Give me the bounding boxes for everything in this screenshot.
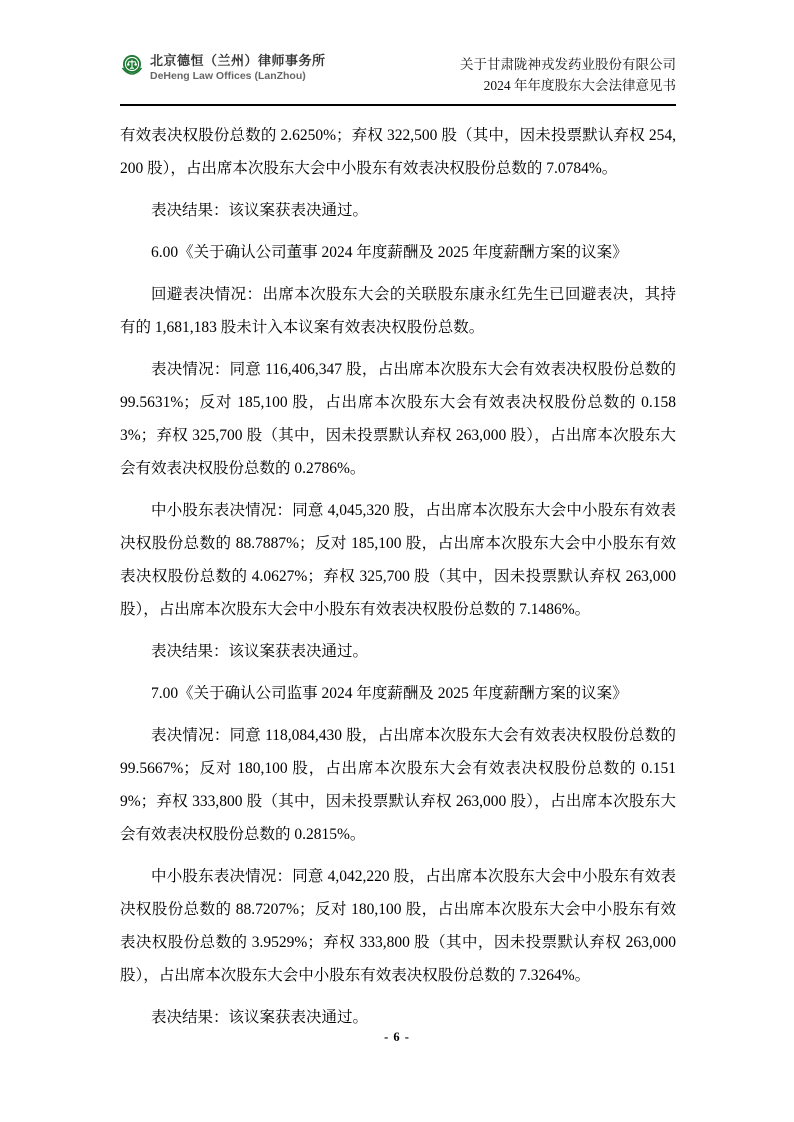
body-paragraph: 表决情况：同意 118,084,430 股，占出席本次股东大会有效表决权股份总数… [120, 719, 676, 851]
body-paragraph: 表决情况：同意 116,406,347 股，占出席本次股东大会有效表决权股份总数… [120, 353, 676, 485]
page-number: - 6 - [384, 1030, 410, 1044]
firm-name-block: 北京德恒（兰州）律师事务所 DeHeng Law Offices (LanZho… [150, 52, 326, 83]
firm-name-zh: 北京德恒（兰州）律师事务所 [150, 52, 326, 69]
document-title-line2: 2024 年年度股东大会法律意见书 [460, 75, 676, 96]
header-rule [120, 104, 676, 106]
body-paragraph: 表决结果：该议案获表决通过。 [120, 194, 676, 227]
proposal-heading-6: 6.00《关于确认公司董事 2024 年度薪酬及 2025 年度薪酬方案的议案》 [120, 236, 676, 269]
proposal-heading-7: 7.00《关于确认公司监事 2024 年度薪酬及 2025 年度薪酬方案的议案》 [120, 677, 676, 710]
document-title-line1: 关于甘肃陇神戎发药业股份有限公司 [460, 54, 676, 75]
body-paragraph: 表决结果：该议案获表决通过。 [120, 635, 676, 668]
body-paragraph: 回避表决情况：出席本次股东大会的关联股东康永红先生已回避表决，其持有的 1,68… [120, 278, 676, 344]
document-body: 有效表决权股份总数的 2.6250%；弃权 322,500 股（其中，因未投票默… [120, 119, 676, 1034]
page-footer: - 6 - [0, 1028, 794, 1046]
firm-name-en: DeHeng Law Offices (LanZhou) [150, 69, 326, 83]
body-paragraph: 中小股东表决情况：同意 4,042,220 股，占出席本次股东大会中小股东有效表… [120, 860, 676, 992]
body-paragraph: 中小股东表决情况：同意 4,045,320 股，占出席本次股东大会中小股东有效表… [120, 494, 676, 626]
body-paragraph: 有效表决权股份总数的 2.6250%；弃权 322,500 股（其中，因未投票默… [120, 119, 676, 185]
document-page: 北京德恒（兰州）律师事务所 DeHeng Law Offices (LanZho… [0, 0, 794, 1122]
deheng-seal-icon [120, 54, 144, 80]
document-title: 关于甘肃陇神戎发药业股份有限公司 2024 年年度股东大会法律意见书 [460, 54, 676, 96]
firm-identity: 北京德恒（兰州）律师事务所 DeHeng Law Offices (LanZho… [120, 52, 326, 83]
page-header: 北京德恒（兰州）律师事务所 DeHeng Law Offices (LanZho… [120, 52, 676, 96]
